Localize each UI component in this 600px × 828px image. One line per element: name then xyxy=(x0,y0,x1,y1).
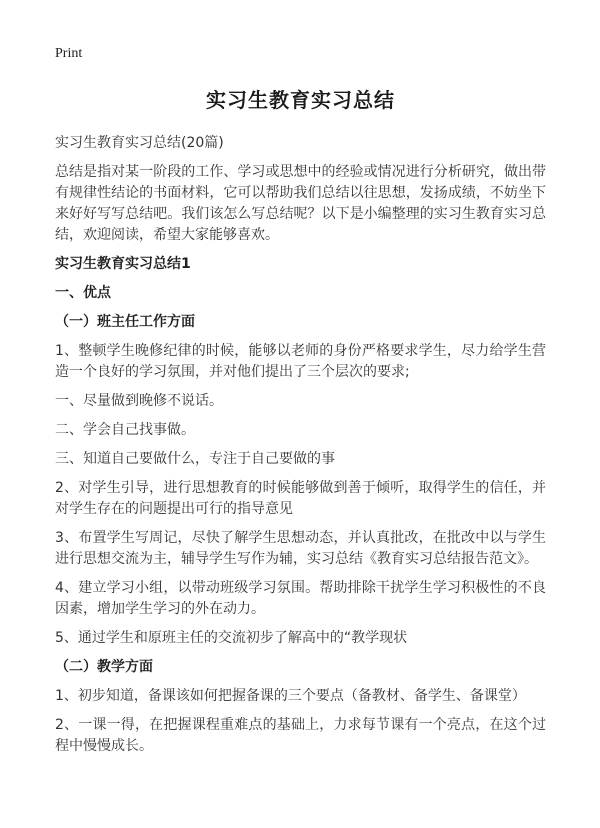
document-page: Print 实习生教育实习总结 实习生教育实习总结(20篇) 总结是指对某一阶段… xyxy=(0,0,600,828)
body-paragraph: 3、布置学生写周记，尽快了解学生思想动态，并认真批改，在批改中以与学生进行思想交… xyxy=(55,528,546,570)
section-heading-advantages: 一、优点 xyxy=(55,283,546,304)
body-paragraph: 2、对学生引导，进行思想教育的时候能够做到善于倾听，取得学生的信任，并对学生存在… xyxy=(55,478,546,520)
section-heading-teaching: （二）教学方面 xyxy=(55,657,546,678)
document-body: Print 实习生教育实习总结 实习生教育实习总结(20篇) 总结是指对某一阶段… xyxy=(0,0,600,757)
body-paragraph: 1、初步知道，备课该如何把握备课的三个要点（备教材、备学生、备课堂） xyxy=(55,686,546,707)
body-paragraph: 4、建立学习小组，以带动班级学习氛围。帮助排除干扰学生学习积极性的不良因素，增加… xyxy=(55,578,546,620)
list-item: 三、知道自己要做什么，专注于自己要做的事 xyxy=(55,449,546,470)
body-paragraph: 5、通过学生和原班主任的交流初步了解高中的“教学现状 xyxy=(55,628,546,649)
list-item: 一、尽量做到晚修不说话。 xyxy=(55,391,546,412)
intro-paragraph: 总结是指对某一阶段的工作、学习或思想中的经验或情况进行分析研究，做出带有规律性结… xyxy=(55,162,546,246)
document-subtitle: 实习生教育实习总结(20篇) xyxy=(55,132,546,152)
section-heading-summary-1: 实习生教育实习总结1 xyxy=(55,254,546,275)
page-title: 实习生教育实习总结 xyxy=(55,84,546,113)
body-paragraph: 1、整顿学生晚修纪律的时候，能够以老师的身份严格要求学生，尽力给学生营造一个良好… xyxy=(55,341,546,383)
print-link[interactable]: Print xyxy=(55,46,546,62)
list-item: 二、学会自己找事做。 xyxy=(55,420,546,441)
body-paragraph: 2、一课一得，在把握课程重难点的基础上，力求每节课有一个亮点，在这个过程中慢慢成… xyxy=(55,715,546,757)
section-heading-head-teacher: （一）班主任工作方面 xyxy=(55,312,546,333)
